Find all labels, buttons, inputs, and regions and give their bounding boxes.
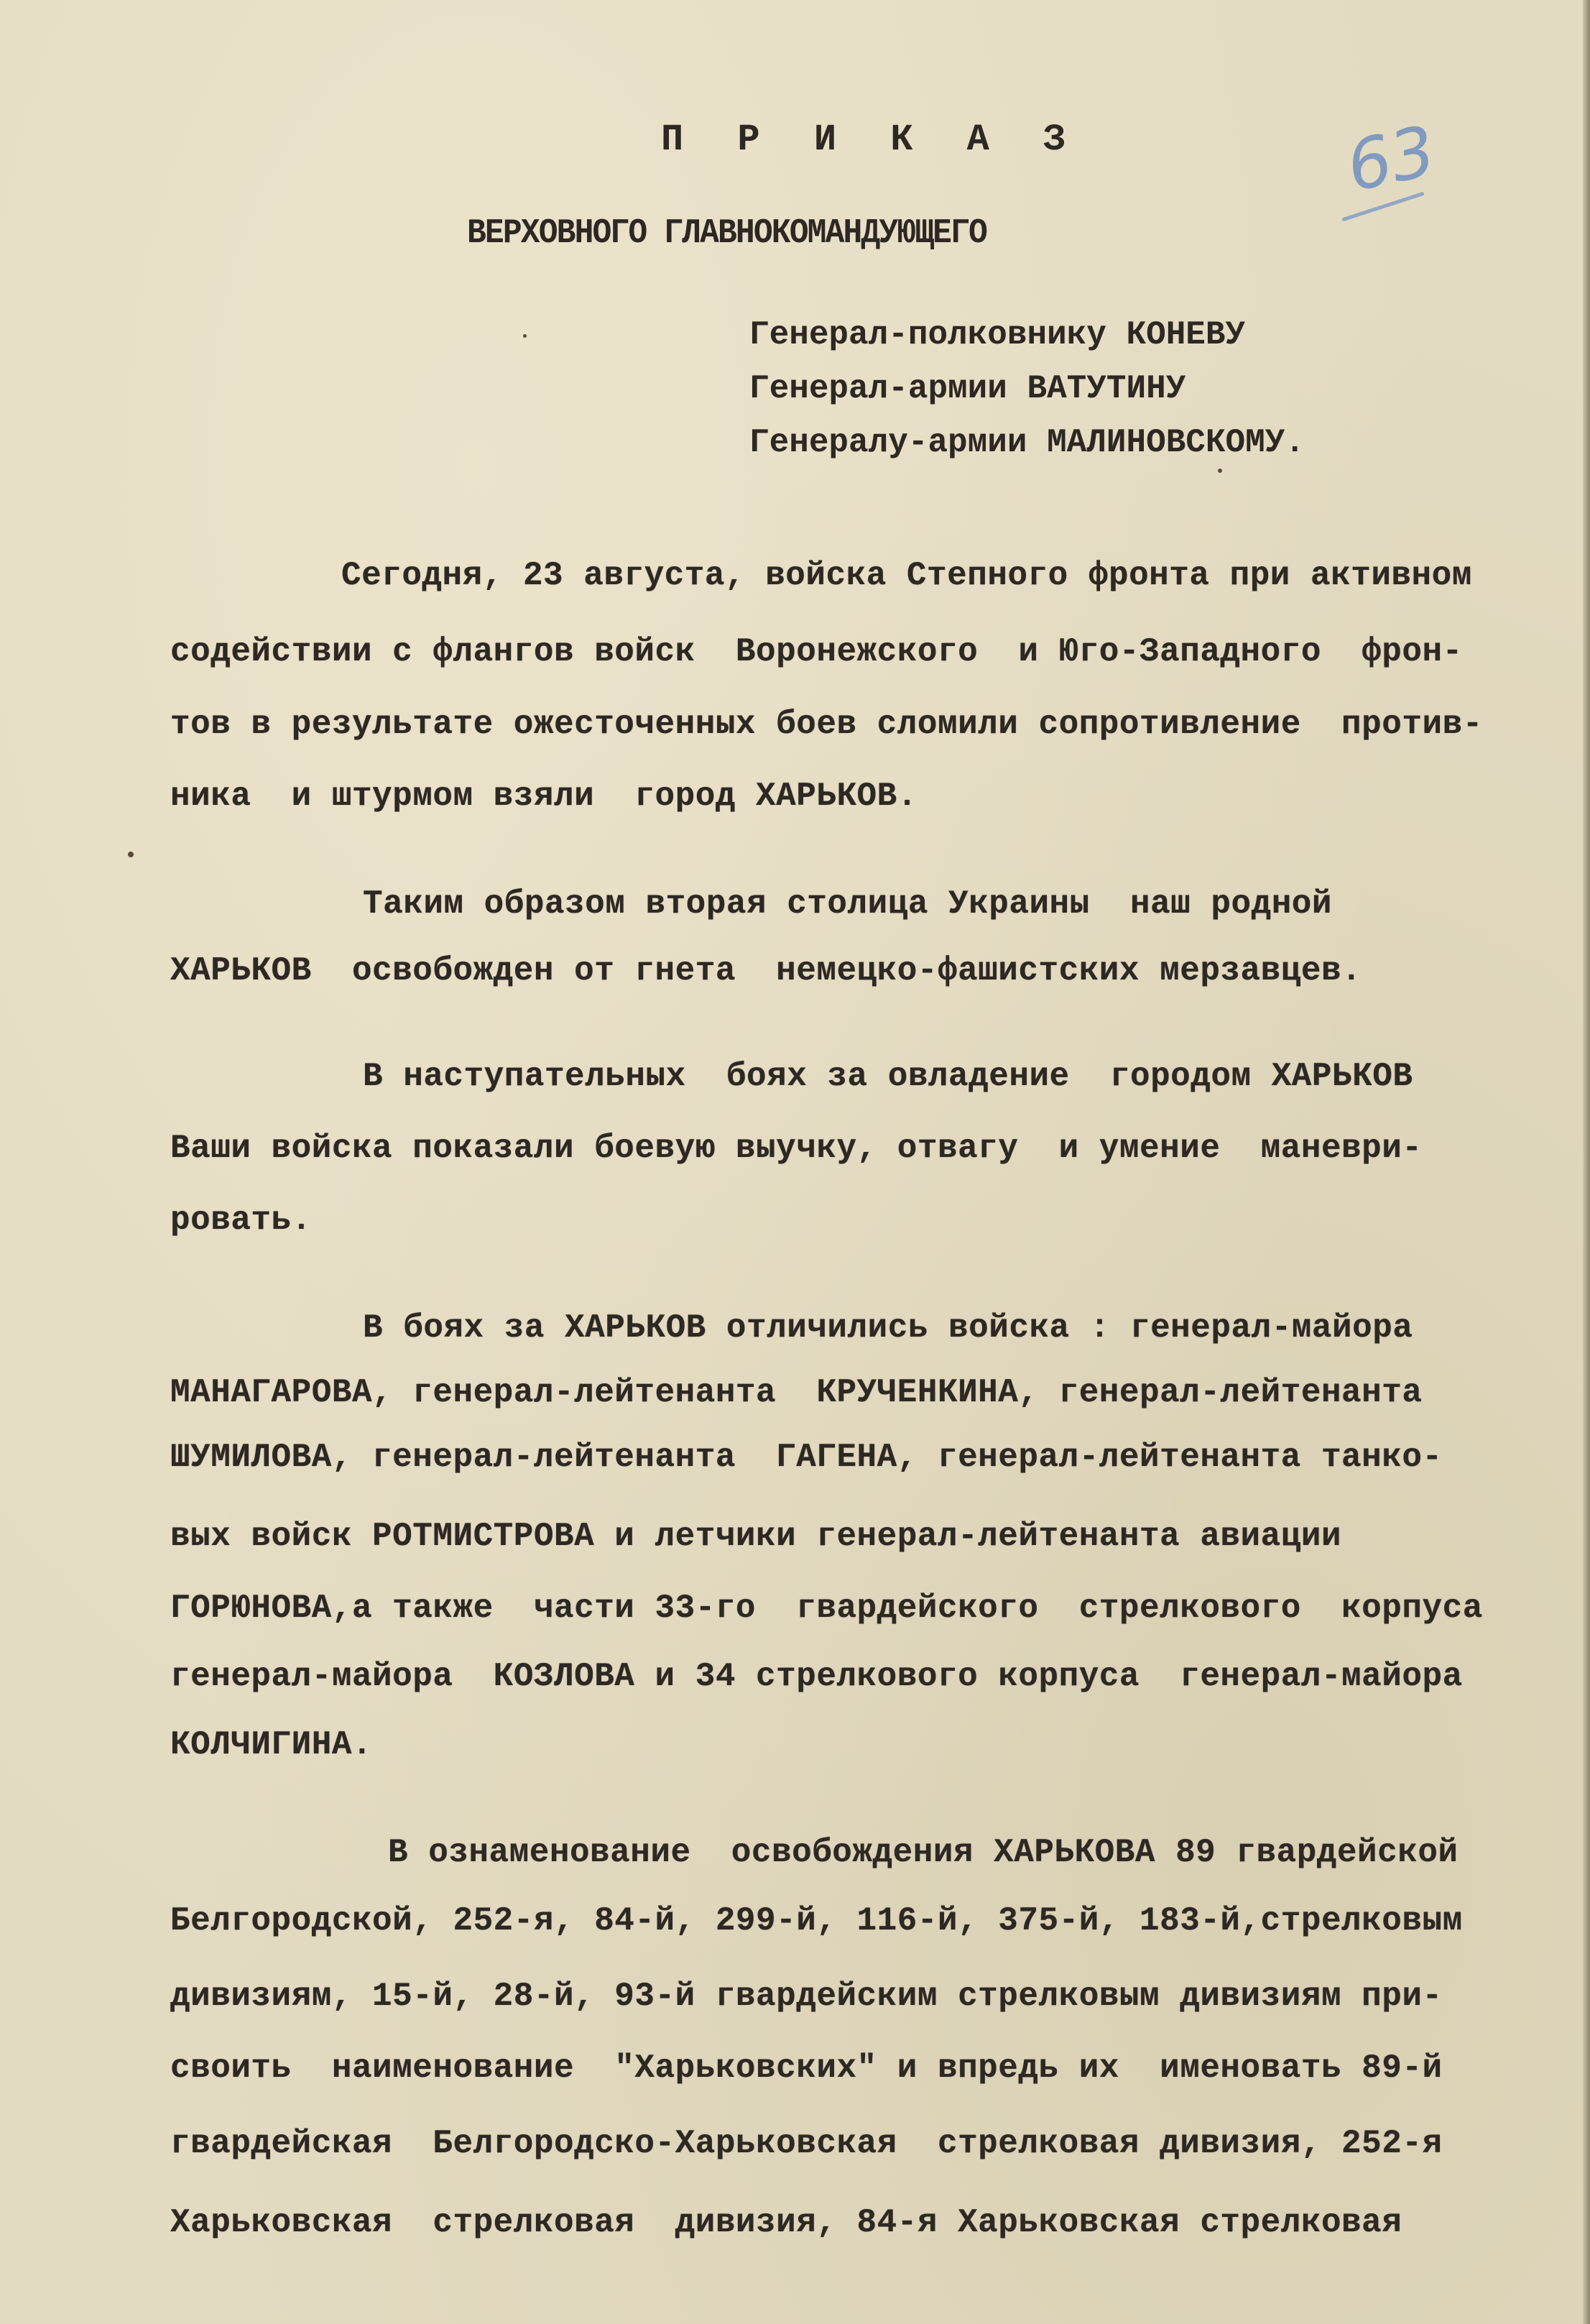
paragraph-1-line-2: содействии с флангов войск Воронежского … [170, 635, 1463, 668]
paragraph-4-line-4: вых войск РОТМИСТРОВА и летчики генерал-… [170, 1520, 1341, 1553]
paragraph-1-line-4: ника и штурмом взяли город ХАРЬКОВ. [170, 780, 918, 813]
paragraph-2-line-2: ХАРЬКОВ освобожден от гнета немецко-фаши… [170, 954, 1362, 987]
addressee-vatutin: Генерал-армии ВАТУТИНУ [749, 370, 1185, 407]
paper-speck [523, 334, 527, 338]
paper-speck [128, 852, 134, 857]
paragraph-4-line-7: КОЛЧИГИНА. [170, 1728, 372, 1761]
paragraph-4-line-5: ГОРЮНОВА,а также части 33-го гвардейског… [170, 1592, 1483, 1625]
paper-edge [1583, 0, 1590, 2324]
paragraph-4-line-3: ШУМИЛОВА, генерал-лейтенанта ГАГЕНА, ген… [170, 1441, 1443, 1474]
paper-speck [1218, 469, 1222, 473]
paragraph-4-line-2: МАНАГАРОВА, генерал-лейтенанта КРУЧЕНКИН… [170, 1376, 1422, 1409]
paragraph-5-line-3: дивизиям, 15-й, 28-й, 93-й гвардейским с… [170, 1980, 1443, 2013]
paragraph-5-line-1: В ознаменование освобождения ХАРЬКОВА 89… [388, 1836, 1459, 1869]
paragraph-5-line-5: гвардейская Белгородско-Харьковская стре… [170, 2127, 1443, 2160]
paragraph-5-line-6: Харьковская стрелковая дивизия, 84-я Хар… [170, 2206, 1402, 2239]
document-subtitle: ВЕРХОВНОГО ГЛАВНОКОМАНДУЮЩЕГО [467, 214, 986, 253]
paragraph-1-line-3: тов в результате ожесточенных боев сломи… [170, 708, 1483, 741]
paragraph-4-line-1: В боях за ХАРЬКОВ отличились войска : ге… [363, 1311, 1413, 1345]
addressee-malinovsky: Генералу-армии МАЛИНОВСКОМУ. [749, 424, 1305, 461]
paragraph-5-line-2: Белгородской, 252-я, 84-й, 299-й, 116-й,… [170, 1904, 1463, 1937]
addressee-konev: Генерал-полковнику КОНЕВУ [749, 316, 1245, 354]
document-title: П Р И К А З [661, 119, 1081, 161]
paragraph-3-line-3: ровать. [170, 1204, 312, 1237]
paragraph-3-line-2: Ваши войска показали боевую выучку, отва… [170, 1132, 1422, 1165]
paragraph-1-line-1: Сегодня, 23 августа, войска Степного фро… [341, 559, 1472, 592]
paragraph-4-line-6: генерал-майора КОЗЛОВА и 34 стрелкового … [170, 1660, 1463, 1693]
paragraph-2-line-1: Таким образом вторая столица Украины наш… [363, 887, 1332, 921]
paragraph-5-line-4: своить наименование "Харьковских" и впре… [170, 2052, 1443, 2085]
paragraph-3-line-1: В наступательных боях за овладение город… [363, 1060, 1413, 1093]
